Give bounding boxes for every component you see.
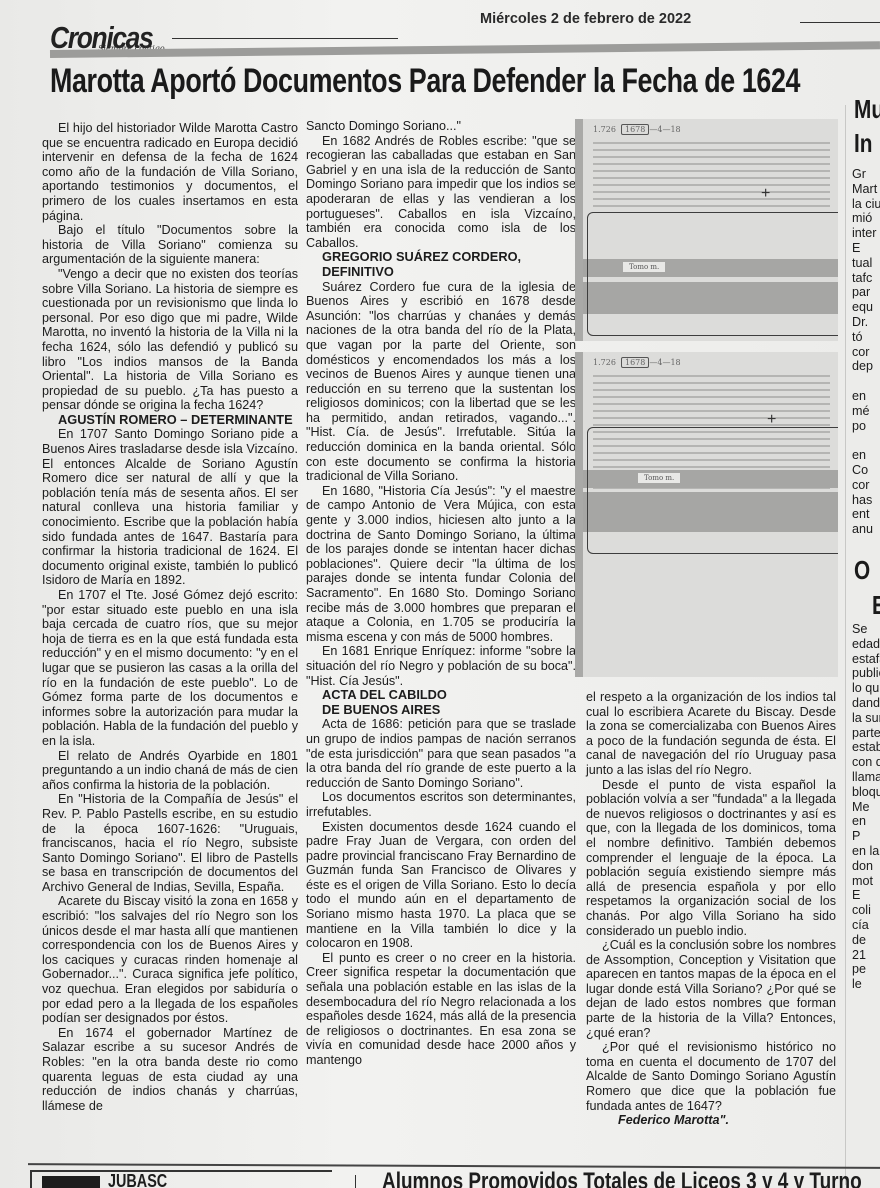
text-line: public [852,666,880,681]
paragraph: En 1707 el Tte. José Gómez dejó escrito:… [42,588,298,749]
adjacent-article-headline: O [854,555,870,586]
text-line: le [852,977,880,992]
column-divider [355,1175,356,1188]
advertisement-logo-icon [42,1176,100,1188]
text-line: tó [852,330,880,345]
article-column-1: El hijo del historiador Wilde Marotta Ca… [42,121,298,1113]
text-line: en [852,814,880,829]
paragraph: ¿Por qué el revisionismo histórico no to… [586,1040,836,1113]
text-line: E [852,888,880,903]
text-line: ent [852,507,880,522]
document-text-lines [583,134,838,207]
text-line: mé [852,404,880,419]
paragraph: En 1681 Enrique Enríquez: informe "sobre… [306,644,576,688]
paragraph: En "Historia de la Compañía de Jesús" el… [42,792,298,894]
document-highlight-box [587,427,838,554]
text-line: pe [852,962,880,977]
paragraph: El hijo del historiador Wilde Marotta Ca… [42,121,298,223]
text-line: mot [852,874,880,889]
text-line: parte [852,726,880,741]
subheading: GREGORIO SUÁREZ CORDERO, DEFINITIVO [306,250,576,279]
masthead-rule-right [800,22,880,23]
text-line: llama [852,770,880,785]
crosshair-icon: + [761,185,770,203]
subheading: ACTA DEL CABILDO [306,688,576,703]
text-line: cor [852,345,880,360]
paragraph: "Vengo a decir que no existen dos teoría… [42,267,298,413]
text-line: dep [852,359,880,374]
text-line: po [852,419,880,434]
text-line: coli [852,903,880,918]
text-line: Se [852,622,880,637]
text-line: en [852,448,880,463]
text-line: tual [852,256,880,271]
column-divider [845,105,846,1185]
text-line: E [852,241,880,256]
text-line: tafc [852,271,880,286]
paragraph: Sancto Domingo Soriano..." [306,119,576,134]
text-line [852,433,880,448]
text-line: estab [852,740,880,755]
text-line: has [852,493,880,508]
text-line: Mart [852,182,880,197]
text-line: 21 [852,948,880,963]
masthead-band [50,41,880,58]
adjacent-article-text: Seedadestafapubliclo qudandla surpartees… [852,622,880,992]
text-line: en la [852,844,880,859]
text-line: estafa [852,652,880,667]
text-line [852,374,880,389]
paragraph: En 1707 Santo Domingo Soriano pide a Bue… [42,427,298,588]
text-line: anu [852,522,880,537]
text-line: Me [852,800,880,815]
crosshair-icon: + [767,411,776,429]
text-line: en [852,389,880,404]
paragraph: Existen documentos desde 1624 cuando el … [306,820,576,951]
paragraph: En 1674 el gobernador Martínez de Salaza… [42,1026,298,1114]
text-line: Gr [852,167,880,182]
adjacent-article-text: GrMartla ciumióinterEtualtafcparequDr.tó… [852,167,880,537]
text-line: mió [852,211,880,226]
document-scan-image: 1.726 1678—4—18 Tomo m. + [575,119,838,341]
text-line: equ [852,300,880,315]
document-reference: 1.726 1678—4—18 [583,119,838,134]
text-line: con q [852,755,880,770]
text-line: bloqu [852,785,880,800]
subheading: DE BUENOS AIRES [306,703,576,718]
text-line: inter [852,226,880,241]
paragraph: Bajo el título "Documentos sobre la hist… [42,223,298,267]
document-reference: 1.726 1678—4—18 [583,352,838,367]
text-line: la sur [852,711,880,726]
text-line: lo qu [852,681,880,696]
document-highlight-box [587,212,838,336]
newspaper-page: Cronicas Siempre contigo Miércoles 2 de … [0,0,880,1188]
text-line: cor [852,478,880,493]
subheading: AGUSTÍN ROMERO – DETERMINANTE [42,413,298,428]
document-scan-image: 1.726 1678—4—18 Tomo m. + [575,352,838,677]
text-line: P [852,829,880,844]
text-line: edad [852,637,880,652]
next-article-headline: Alumnos Promovidos Totales de Liceos 3 y… [382,1168,862,1188]
author-signature: Federico Marotta". [586,1113,836,1128]
text-line: par [852,285,880,300]
text-line: la ciu [852,197,880,212]
paragraph: Los documentos escritos son determinante… [306,790,576,819]
issue-date: Miércoles 2 de febrero de 2022 [480,11,691,27]
text-line: de [852,933,880,948]
text-line: cía [852,918,880,933]
paragraph: Acarete du Biscay visitó la zona en 1658… [42,894,298,1025]
paragraph: En 1680, "Historia Cía Jesús": "y el mae… [306,484,576,645]
paragraph: ¿Cuál es la conclusión sobre los nombres… [586,938,836,1040]
paragraph: El punto es creer o no creer en la histo… [306,951,576,1068]
paragraph: Desde el punto de vista español la pobla… [586,778,836,939]
text-line: dand [852,696,880,711]
paragraph: En 1682 Andrés de Robles escribe: "que s… [306,134,576,251]
adjacent-article-headline: Mu [854,94,880,125]
paragraph: El relato de Andrés Oyarbide en 1801 pre… [42,749,298,793]
masthead-rule [172,38,398,39]
paragraph: Acta de 1686: petición para que se trasl… [306,717,576,790]
text-line: don [852,859,880,874]
article-column-2: Sancto Domingo Soriano..." En 1682 André… [306,119,576,1068]
article-column-3: el respeto a la organización de los indi… [586,690,836,1128]
text-line: Co [852,463,880,478]
article-headline: Marotta Aportó Documentos Para Defender … [50,62,800,101]
adjacent-article-headline: In [854,128,872,159]
paragraph: el respeto a la organización de los indi… [586,690,836,778]
adjacent-article-headline: E [872,590,880,621]
paragraph: Suárez Cordero fue cura de la iglesia de… [306,280,576,484]
text-line: Dr. [852,315,880,330]
advertisement-text: JUBASC [108,1171,167,1188]
